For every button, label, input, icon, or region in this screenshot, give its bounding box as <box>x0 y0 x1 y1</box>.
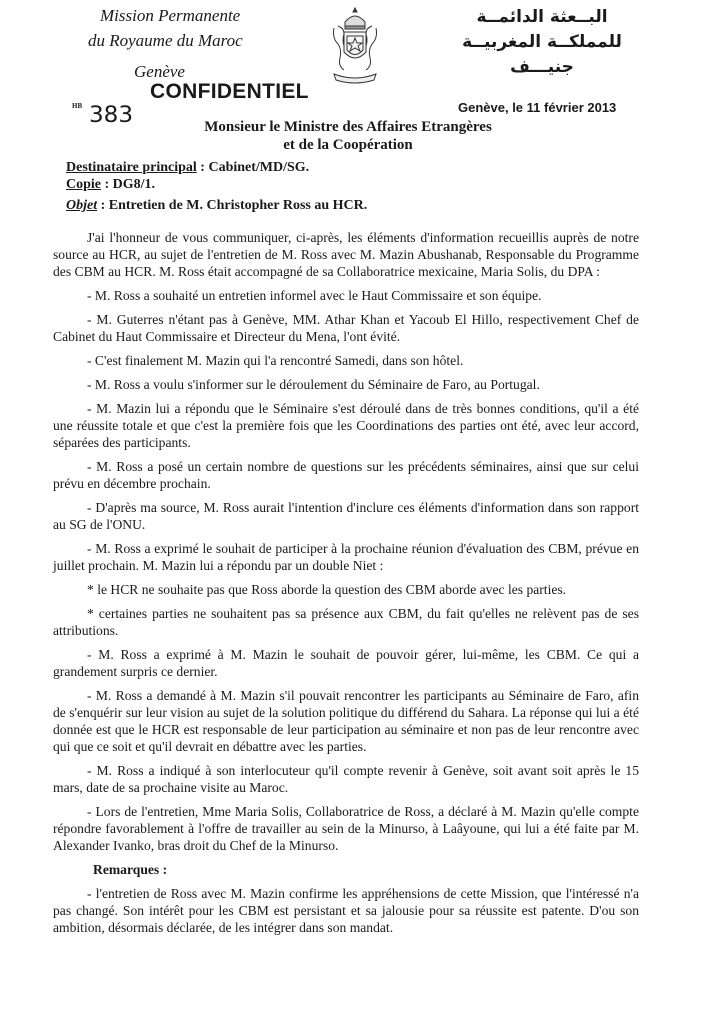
reference-prefix: HB <box>72 102 82 110</box>
arabic-header-line-2: للمملكــة المغربيــة <box>442 32 642 52</box>
primary-recipient-value: : Cabinet/MD/SG. <box>197 160 309 175</box>
arabic-header-line-3: جنيـــف <box>442 57 642 77</box>
remarks-paragraph: - l'entretien de Ross avec M. Mazin conf… <box>53 885 639 936</box>
addressee-line-2: et de la Coopération <box>48 137 648 154</box>
body-paragraph: - M. Ross a demandé à M. Mazin s'il pouv… <box>53 687 639 755</box>
body-paragraph: - M. Ross a posé un certain nombre de qu… <box>53 458 639 492</box>
body-bullet: * le HCR ne souhaite pas que Ross aborde… <box>53 581 639 598</box>
subject: Objet : Entretien de M. Christopher Ross… <box>66 198 367 214</box>
body-paragraph: - C'est finalement M. Mazin qui l'a renc… <box>53 352 639 369</box>
body-paragraph: - M. Guterres n'étant pas à Genève, MM. … <box>53 311 639 345</box>
letter-body: J'ai l'honneur de vous communiquer, ci-a… <box>53 229 639 943</box>
body-paragraph: - Lors de l'entretien, Mme Maria Solis, … <box>53 803 639 854</box>
body-paragraph: - M. Ross a souhaité un entretien inform… <box>53 287 639 304</box>
body-paragraph: - M. Ross a exprimé à M. Mazin le souhai… <box>53 646 639 680</box>
morocco-coat-of-arms-icon <box>330 4 380 88</box>
primary-recipient: Destinataire principal : Cabinet/MD/SG. <box>66 160 309 176</box>
body-paragraph: - D'après ma source, M. Ross aurait l'in… <box>53 499 639 533</box>
body-bullet: * certaines parties ne souhaitent pas sa… <box>53 605 639 639</box>
copy-label: Copie <box>66 177 101 192</box>
remarks-heading: Remarques : <box>53 861 639 878</box>
subject-label: Objet <box>66 198 97 213</box>
body-paragraph: - M. Ross a voulu s'informer sur le déro… <box>53 376 639 393</box>
body-paragraph: - M. Ross a indiqué à son interlocuteur … <box>53 762 639 796</box>
mission-name-line-1: Mission Permanente <box>100 6 240 26</box>
copy-recipient: Copie : DG8/1. <box>66 177 155 193</box>
body-paragraph: - M. Mazin lui a répondu que le Séminair… <box>53 400 639 451</box>
primary-recipient-label: Destinataire principal <box>66 160 197 175</box>
mission-city: Genève <box>134 62 185 82</box>
mission-name-line-2: du Royaume du Maroc <box>88 31 243 51</box>
addressee-line-1: Monsieur le Ministre des Affaires Etrang… <box>48 119 648 136</box>
classification-stamp: CONFIDENTIEL <box>150 80 309 104</box>
date-line: Genève, le 11 février 2013 <box>458 100 616 115</box>
body-paragraph: J'ai l'honneur de vous communiquer, ci-a… <box>53 229 639 280</box>
arabic-header-line-1: البــعثة الدائمــة <box>442 7 642 27</box>
subject-value: : Entretien de M. Christopher Ross au HC… <box>97 198 367 213</box>
body-paragraph: - M. Ross a exprimé le souhait de partic… <box>53 540 639 574</box>
copy-value: : DG8/1. <box>101 177 155 192</box>
